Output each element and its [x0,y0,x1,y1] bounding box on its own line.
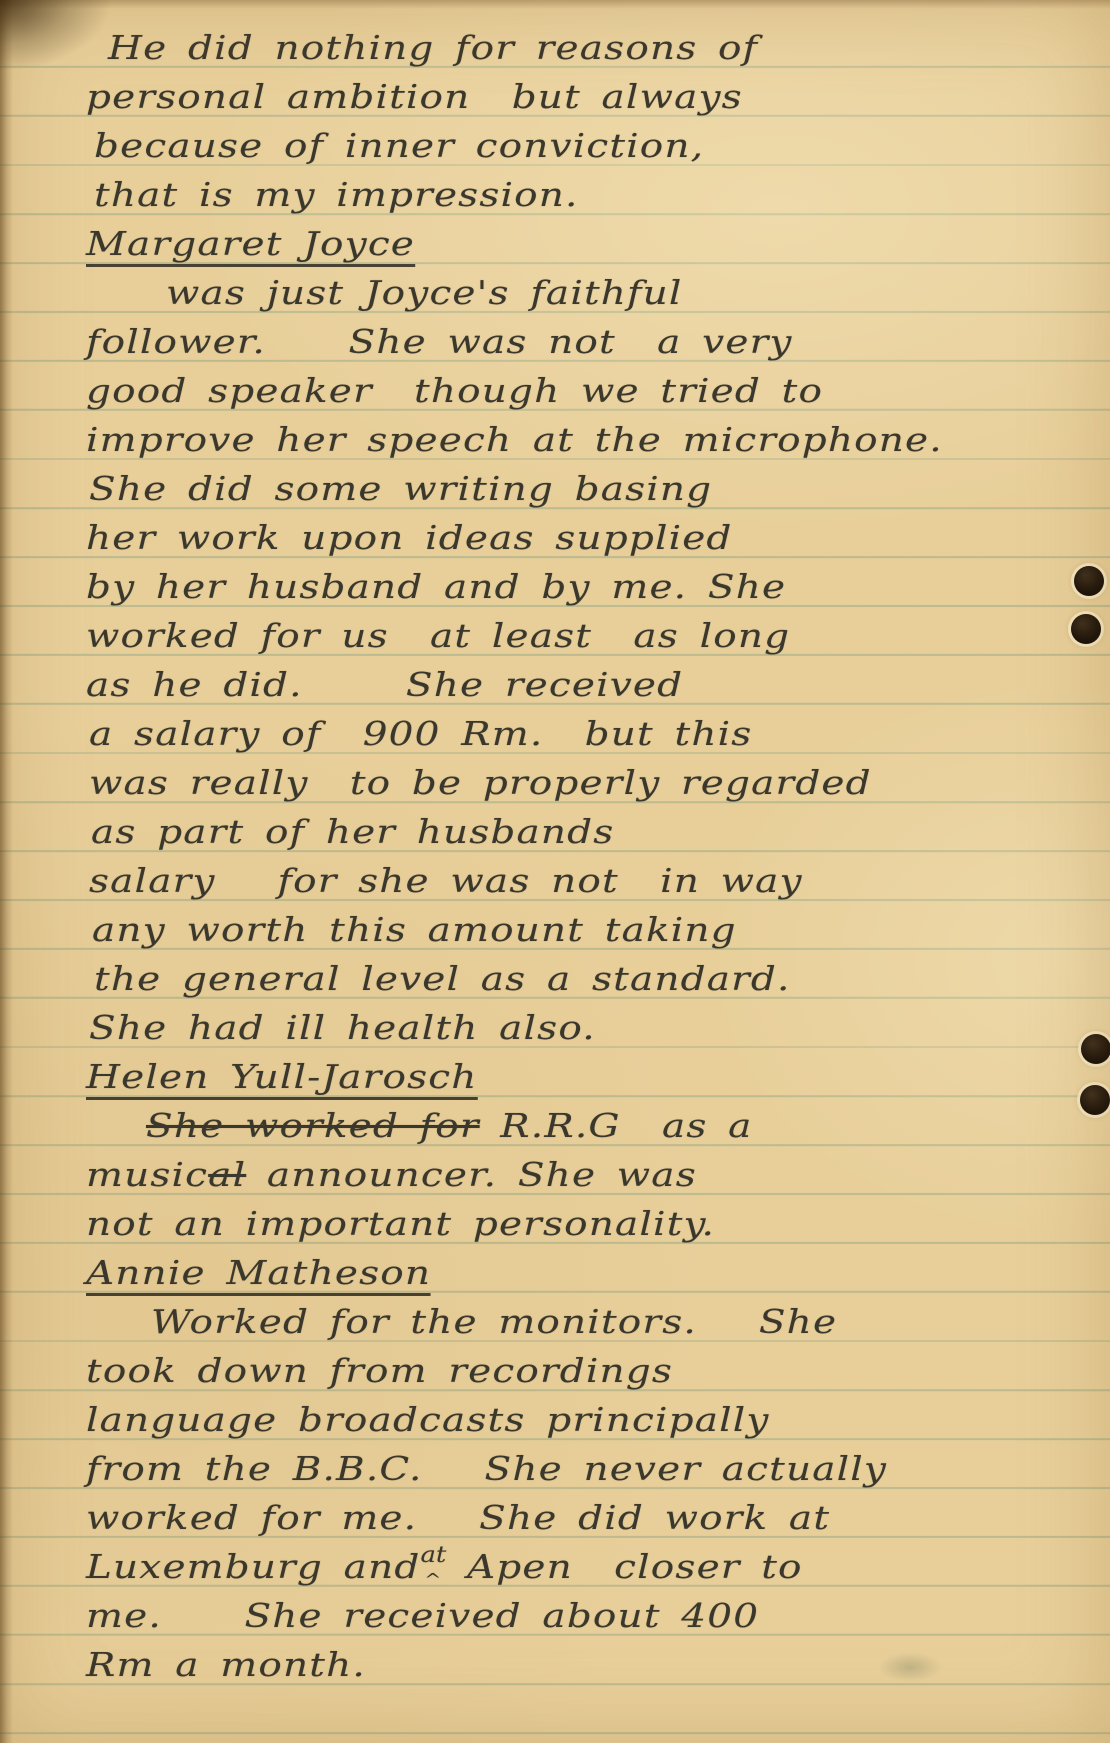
manuscript-line: worked for us at least as long [86,614,790,658]
punch-hole [1071,614,1101,644]
text-segment: was just Joyce's faithful [166,273,683,312]
text-segment: as part of her husbands [91,812,614,851]
punch-hole [1074,566,1104,596]
text-segment: me. She received about 400 [86,1596,759,1635]
section-heading: Annie Matheson [86,1251,431,1295]
text-segment: worked for me. She did work at [86,1498,830,1537]
manuscript-line: because of inner conviction, [94,124,704,168]
text-segment: as he did. She received [86,665,683,704]
manuscript-line: She worked for R.R.G as a [146,1104,753,1148]
page-top-edge-shadow [0,0,1110,9]
text-segment: Rm a month. [86,1645,366,1684]
text-segment: from the B.B.C. She never actually [86,1449,887,1488]
manuscript-line: from the B.B.C. She never actually [86,1447,887,1491]
manuscript-line: Luxemburg andat^ Apen closer to [86,1545,803,1594]
manuscript-line: good speaker though we tried to [86,369,823,413]
text-segment: took down from recordings [86,1351,673,1390]
text-segment: good speaker though we tried to [86,371,823,410]
inserted-word: at^ [420,1545,446,1594]
text-segment: was really to be properly regarded [89,763,872,802]
manuscript-line: worked for me. She did work at [86,1496,830,1540]
text-segment: follower. She was not a very [86,322,793,361]
page-left-edge-shadow [0,0,13,1743]
text-segment: Worked for the monitors. She [151,1302,837,1341]
text-segment: salary for she was not in way [89,861,803,900]
text-segment: al [208,1155,246,1194]
manuscript-line: as he did. She received [86,663,683,707]
text-segment: She had ill health also. [89,1008,596,1047]
text-segment: worked for us at least as long [86,616,790,655]
text-segment: language broadcasts principally [86,1400,770,1439]
manuscript-line: that is my impression. [94,173,579,217]
punch-hole [1080,1085,1110,1115]
text-segment: music [86,1155,208,1194]
text-segment: that is my impression. [94,175,579,214]
manuscript-line: salary for she was not in way [89,859,803,903]
manuscript-line: any worth this amount taking [92,908,737,952]
manuscript-lines: He did nothing for reasons ofpersonal am… [0,0,1110,1743]
text-segment: Apen closer to [446,1547,802,1586]
manuscript-line: personal ambition but always [86,75,743,119]
text-segment: Luxemburg and [86,1547,420,1586]
text-segment: a salary of 900 Rm. but this [89,714,752,753]
text-segment: any worth this amount taking [92,910,737,949]
manuscript-line: Rm a month. [86,1643,366,1687]
manuscript-line: was really to be properly regarded [89,761,872,805]
manuscript-line: He did nothing for reasons of [108,26,758,70]
manuscript-line: took down from recordings [86,1349,673,1393]
text-segment: She worked for [146,1106,480,1145]
manuscript-line: as part of her husbands [91,810,614,854]
manuscript-line: was just Joyce's faithful [166,271,683,315]
manuscript-page: He did nothing for reasons ofpersonal am… [0,0,1110,1743]
heading-text: Annie Matheson [86,1253,431,1296]
heading-text: Helen Yull-Jarosch [86,1057,478,1100]
manuscript-line: improve her speech at the microphone. [86,418,943,462]
manuscript-line: a salary of 900 Rm. but this [89,712,752,756]
manuscript-line: by her husband and by me. She [86,565,786,609]
text-segment: improve her speech at the microphone. [86,420,943,459]
section-heading: Margaret Joyce [86,222,415,266]
text-segment: because of inner conviction, [94,126,704,165]
manuscript-line: the general level as a standard. [94,957,791,1001]
text-segment: her work upon ideas supplied [86,518,733,557]
manuscript-line: musical announcer. She was [86,1153,697,1197]
punch-hole [1081,1034,1110,1064]
manuscript-line: Worked for the monitors. She [151,1300,837,1344]
text-segment: not an important personality. [86,1204,715,1243]
manuscript-line: me. She received about 400 [86,1594,759,1638]
text-segment: by her husband and by me. She [86,567,786,606]
text-segment: He did nothing for reasons of [108,28,758,67]
manuscript-line: She did some writing basing [89,467,712,511]
text-segment: personal ambition but always [86,77,743,116]
text-segment: the general level as a standard. [94,959,791,998]
text-segment: She did some writing basing [89,469,712,508]
page-corner-shadow [0,0,110,70]
text-segment: announcer. She was [246,1155,697,1194]
manuscript-line: language broadcasts principally [86,1398,770,1442]
manuscript-line: follower. She was not a very [86,320,793,364]
manuscript-line: She had ill health also. [89,1006,596,1050]
section-heading: Helen Yull-Jarosch [86,1055,478,1099]
ink-smudge [878,1652,942,1682]
text-segment: R.R.G as a [480,1106,753,1145]
heading-text: Margaret Joyce [86,224,415,267]
manuscript-line: not an important personality. [86,1202,715,1246]
manuscript-line: her work upon ideas supplied [86,516,733,560]
